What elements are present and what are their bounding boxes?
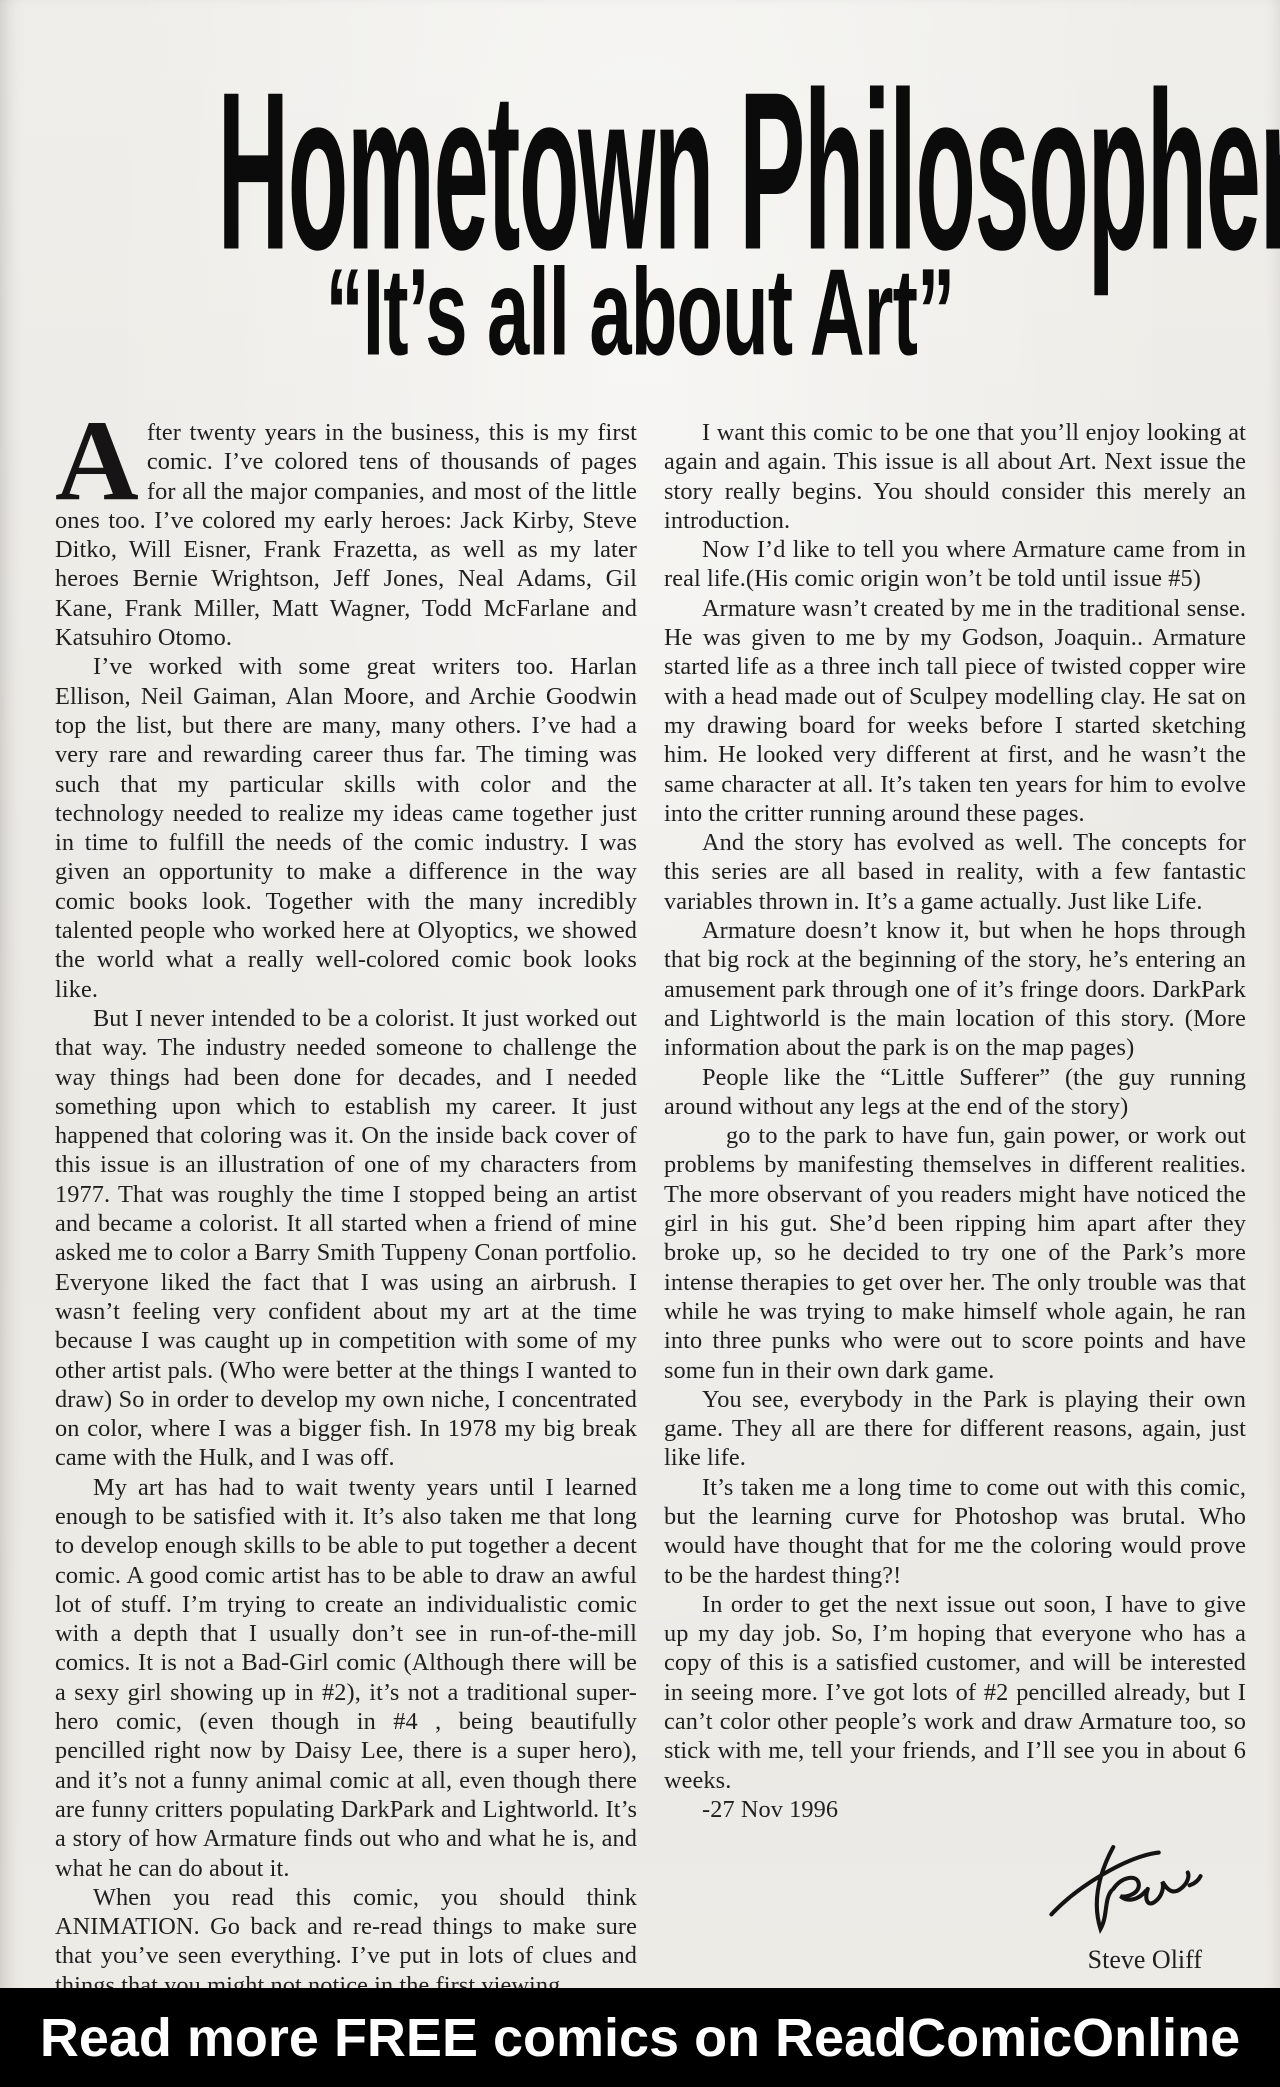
comic-text-page: Hometown Philosopher “It’s all about Art… bbox=[0, 0, 1280, 2087]
paragraph: You see, everybody in the Park is playin… bbox=[664, 1385, 1246, 1473]
paragraph: Now I’d like to tell you where Armature … bbox=[664, 535, 1246, 594]
signature-block: Steve Oliff bbox=[664, 1838, 1246, 1975]
paragraph: Armature wasn’t created by me in the tra… bbox=[664, 594, 1246, 828]
left-column: After twenty years in the business, this… bbox=[55, 418, 637, 2000]
paragraph: When you read this comic, you should thi… bbox=[55, 1883, 637, 2000]
paragraph: But I never intended to be a colorist. I… bbox=[55, 1004, 637, 1473]
paragraph: My art has had to wait twenty years unti… bbox=[55, 1473, 637, 1883]
paragraph: I want this comic to be one that you’ll … bbox=[664, 418, 1246, 535]
paragraph: go to the park to have fun, gain power, … bbox=[664, 1121, 1246, 1385]
right-column: I want this comic to be one that you’ll … bbox=[664, 418, 1246, 2000]
paragraph: In order to get the next issue out soon,… bbox=[664, 1590, 1246, 1795]
signature-scribble bbox=[1043, 1838, 1218, 1938]
article-body: After twenty years in the business, this… bbox=[55, 418, 1246, 2000]
signature-name: Steve Oliff bbox=[664, 1945, 1218, 1975]
date-line: -27 Nov 1996 bbox=[664, 1795, 1246, 1824]
paragraph: Armature doesn’t know it, but when he ho… bbox=[664, 916, 1246, 1062]
page-subtitle: “It’s all about Art” bbox=[128, 252, 1152, 376]
paragraph: After twenty years in the business, this… bbox=[55, 418, 637, 652]
drop-cap: A bbox=[55, 418, 147, 502]
paragraph: I’ve worked with some great writers too.… bbox=[55, 652, 637, 1004]
paragraph: People like the “Little Sufferer” (the g… bbox=[664, 1063, 1246, 1122]
paragraph: And the story has evolved as well. The c… bbox=[664, 828, 1246, 916]
readcomiconline-banner[interactable]: Read more FREE comics on ReadComicOnline bbox=[0, 1988, 1280, 2087]
paragraph: It’s taken me a long time to come out wi… bbox=[664, 1473, 1246, 1590]
banner-text: Read more FREE comics on ReadComicOnline bbox=[40, 2007, 1240, 2069]
